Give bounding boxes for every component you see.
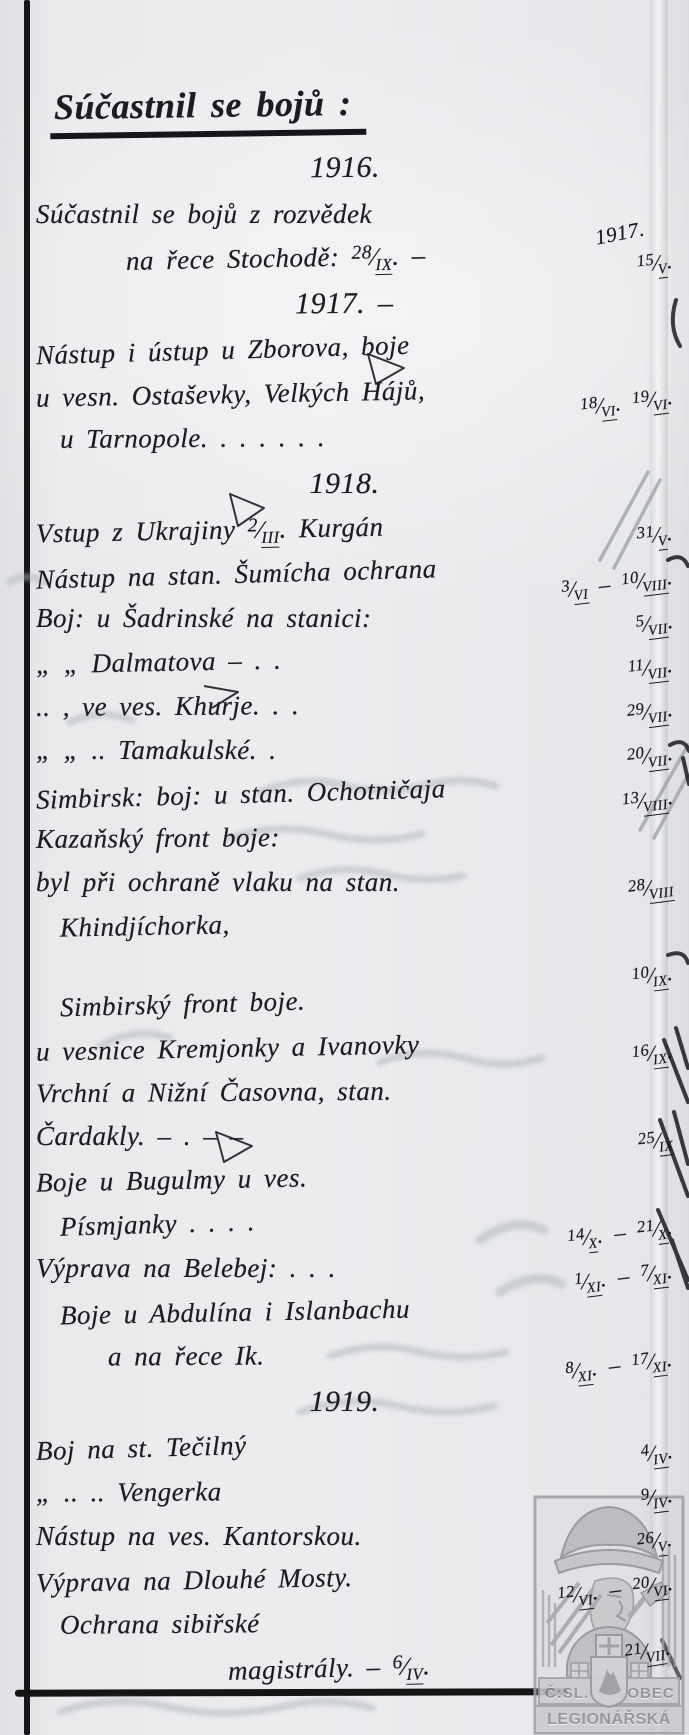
entry-text: .. , ve ves. Khurje. . . xyxy=(36,690,299,723)
entry-row: Simbirsk: boj: u stan. Ochotničaja13⁄VII… xyxy=(0,779,689,823)
entry-row: Boje u Abdulína i Islanbachu xyxy=(0,1297,689,1341)
entry-text: 1916. xyxy=(309,151,379,185)
entry-date: 5⁄VII. xyxy=(634,607,675,640)
entry-row: Nástup na ves. Kantorskou.26⁄V. xyxy=(0,1521,689,1565)
entry-text: Boj na st. Tečilný xyxy=(36,1430,247,1467)
entry-date: 15⁄V. xyxy=(636,247,675,280)
entry-text: Vstup z Ukrajiny 2⁄III. Kurgán xyxy=(36,512,384,552)
entry-text: u vesn. Ostaševky, Velkých Hájů, xyxy=(36,375,426,413)
entry-row: Výprava na Belebej: . . .1⁄XI. – 7⁄XI. xyxy=(0,1253,689,1297)
entry-row: 1918. xyxy=(0,467,689,515)
entry-text: „ .. .. Vengerka xyxy=(36,1476,222,1508)
entry-date: 29⁄VII. xyxy=(625,695,674,729)
entry-row: Čardakly. – . – –25⁄IX xyxy=(0,1121,689,1165)
entry-date: 21⁄VII. xyxy=(623,1634,673,1669)
entry-row: Ochrana sibiřské xyxy=(0,1609,689,1653)
entry-row: Vrchní a Nižní Časovna, stan. xyxy=(0,1077,689,1121)
entry-date: 3⁄VI – 10⁄VIII. xyxy=(560,563,674,605)
entry-date: 12⁄VI. – 20⁄VI. xyxy=(556,1569,675,1612)
entry-date: 25⁄IX xyxy=(637,1125,675,1158)
entry-row: a na řece Ik.8⁄XI. – 17⁄XI. xyxy=(0,1341,689,1385)
entry-date: 10⁄IX. xyxy=(631,959,675,992)
entry-date: 13⁄VIII. xyxy=(620,783,675,818)
entry-row: u Tarnopole. . . . . . . xyxy=(0,423,689,467)
entry-text: u vesnice Kremjonky a Ivanovky xyxy=(36,1029,420,1067)
entry-date: 26⁄V. xyxy=(636,1525,675,1558)
entry-text: Khindjíchorka, xyxy=(60,909,230,943)
entry-row: u vesn. Ostaševky, Velkých Hájů,18⁄VI. 1… xyxy=(0,379,689,423)
entry-row: „ „ Dalmatova – . .11⁄VII. xyxy=(0,647,689,691)
entry-row: Boje u Bugulmy u ves. xyxy=(0,1165,689,1209)
entry-date: 31⁄V. xyxy=(636,519,675,552)
entry-text: magistrály. – 6⁄IV. xyxy=(228,1650,431,1689)
entry-date: 28⁄VIII xyxy=(626,871,674,905)
entry-date: 20⁄VII. xyxy=(625,739,674,773)
entry-text: Boje u Bugulmy u ves. xyxy=(36,1162,308,1198)
entry-row: Kazaňský front boje: xyxy=(0,823,689,867)
entry-date: 1⁄XI. – 7⁄XI. xyxy=(573,1257,675,1297)
entry-row: Boj: u Šadrinské na stanici:5⁄VII. xyxy=(0,603,689,647)
entry-text: „ „ Dalmatova – . . xyxy=(36,645,282,681)
entry-row: „ „ .. Tamakulské. .20⁄VII. xyxy=(0,735,689,779)
entries: 1916.Súčastnil se bojů z rozvědekna řece… xyxy=(0,151,689,1697)
stamp-text-legionarska: LEGIONÁŘSKÁ xyxy=(535,1711,683,1729)
entry-text: na řece Stochodě: 28⁄IX. – xyxy=(126,240,426,279)
entry-date: 4⁄IV. xyxy=(639,1437,674,1469)
entry-text: Kazaňský front boje: xyxy=(36,822,280,855)
entry-row: byl při ochraně vlaku na stan.28⁄VIII xyxy=(0,867,689,911)
entry-text: Nástup i ústup u Zborova, boje xyxy=(36,330,410,371)
entry-text: Nástup na stan. Šumícha ochrana xyxy=(36,553,437,595)
entry-row: Súčastnil se bojů z rozvědek xyxy=(0,199,689,243)
entry-text: Ochrana sibiřské xyxy=(60,1608,260,1640)
entry-row: Výprava na Dlouhé Mosty.12⁄VI. – 20⁄VI. xyxy=(0,1565,689,1609)
entry-row: „ .. .. Vengerka9⁄IV. xyxy=(0,1477,689,1521)
entry-text: Simbirsk: boj: u stan. Ochotničaja xyxy=(36,773,446,815)
entry-row: .. , ve ves. Khurje. . .29⁄VII. xyxy=(0,691,689,735)
entry-date: 16⁄IX. xyxy=(631,1037,675,1070)
entry-row: magistrály. – 6⁄IV.21⁄VII. xyxy=(0,1653,689,1697)
entry-text: byl při ochraně vlaku na stan. xyxy=(36,867,400,898)
page-title: Súčastnil se bojů : xyxy=(50,82,366,139)
entry-text: „ „ .. Tamakulské. . xyxy=(36,735,277,766)
entry-text: Nástup na ves. Kantorskou. xyxy=(36,1521,362,1552)
entry-row: Simbirský front boje. xyxy=(0,989,689,1033)
entry-row: Vstup z Ukrajiny 2⁄III. Kurgán31⁄V. xyxy=(0,515,689,559)
entry-row: 1916. xyxy=(0,151,689,199)
entry-row: 1919. xyxy=(0,1385,689,1433)
entry-row: Nástup i ústup u Zborova, boje xyxy=(0,335,689,379)
entry-text: 1918. xyxy=(310,467,380,501)
scanned-document-page: Súčastnil se bojů : 1916.Súčastnil se bo… xyxy=(0,0,689,1735)
entry-text: Boj: u Šadrinské na stanici: xyxy=(36,603,371,634)
entry-date: 8⁄XI. – 17⁄XI. xyxy=(565,1345,675,1387)
entry-text: 1917. – xyxy=(295,287,394,322)
entry-text: Čardakly. – . – – xyxy=(36,1121,244,1152)
entry-row: Nástup na stan. Šumícha ochrana3⁄VI – 10… xyxy=(0,559,689,603)
entry-row: Písmjanky . . . .14⁄X. – 21⁄X. xyxy=(0,1209,689,1253)
entry-text: Písmjanky . . . . xyxy=(60,1206,256,1242)
entry-date: 11⁄VII. xyxy=(627,651,675,685)
entry-date: 9⁄IV. xyxy=(639,1481,674,1513)
entry-date: 14⁄X. – 21⁄X. xyxy=(566,1213,675,1254)
entry-text: Výprava na Dlouhé Mosty. xyxy=(36,1562,353,1599)
entry-text: Vrchní a Nižní Časovna, stan. xyxy=(36,1076,392,1109)
entry-text: u Tarnopole. . . . . . . xyxy=(60,422,325,455)
entry-text: Boje u Abdulína i Islanbachu xyxy=(60,1294,411,1332)
entry-text: Výprava na Belebej: . . . xyxy=(36,1253,336,1284)
entry-text: Súčastnil se bojů z rozvědek xyxy=(36,199,372,230)
entry-date: 18⁄VI. 19⁄VI. xyxy=(579,383,675,423)
entry-row: Boj na st. Tečilný4⁄IV. xyxy=(0,1433,689,1477)
entry-row: 1917. – xyxy=(0,287,689,335)
entry-row: u vesnice Kremjonky a Ivanovky16⁄IX. xyxy=(0,1033,689,1077)
entry-row: 10⁄IX. xyxy=(0,955,689,989)
entry-row: Khindjíchorka, xyxy=(0,911,689,955)
entry-row: na řece Stochodě: 28⁄IX. –15⁄V.1917. xyxy=(0,243,689,287)
entry-text: a na řece Ik. xyxy=(108,1340,265,1372)
entry-text: 1919. xyxy=(310,1385,380,1419)
entry-text: Simbirský front boje. xyxy=(60,986,306,1024)
